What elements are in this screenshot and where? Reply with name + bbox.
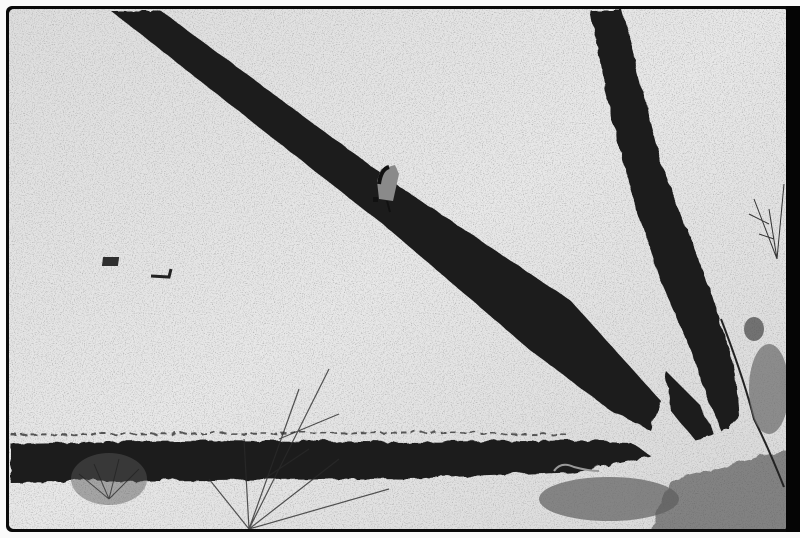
bottom-left-shrub xyxy=(71,453,147,505)
park-scene xyxy=(9,9,787,529)
snowy-park-photo xyxy=(9,9,787,529)
photo-frame xyxy=(0,0,800,538)
film-edge-right xyxy=(786,6,800,532)
